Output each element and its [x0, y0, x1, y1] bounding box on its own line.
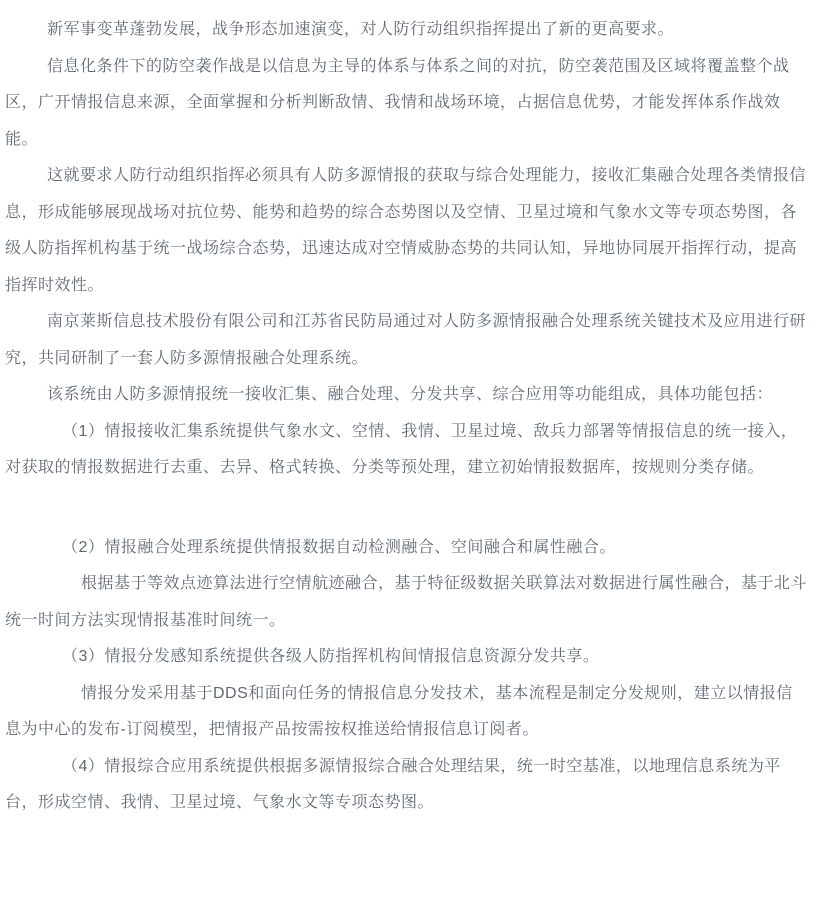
paragraph-item-2: （2）情报融合处理系统提供情报数据自动检测融合、空间融合和属性融合。: [5, 530, 807, 567]
paragraph-item-3: （3）情报分发感知系统提供各级人防指挥机构间情报信息资源分发共享。: [5, 639, 807, 676]
paragraph-2: 信息化条件下的防空袭作战是以信息为主导的体系与体系之间的对抗，防空袭范围及区域将…: [5, 49, 807, 159]
paragraph-item-2-detail: 根据基于等效点迹算法进行空情航迹融合，基于特征级数据关联算法对数据进行属性融合，…: [5, 566, 807, 639]
article-body: 新军事变革蓬勃发展，战争形态加速演变，对人防行动组织指挥提出了新的更高要求。 信…: [0, 0, 823, 842]
paragraph-5: 该系统由人防多源情报统一接收汇集、融合处理、分发共享、综合应用等功能组成，具体功…: [5, 377, 807, 414]
paragraph-1: 新军事变革蓬勃发展，战争形态加速演变，对人防行动组织指挥提出了新的更高要求。: [5, 12, 807, 49]
paragraph-item-1: （1）情报接收汇集系统提供气象水文、空情、我情、卫星过境、敌兵力部署等情报信息的…: [5, 414, 807, 487]
paragraph-item-4: （4）情报综合应用系统提供根据多源情报综合融合处理结果，统一时空基准，以地理信息…: [5, 749, 807, 822]
paragraph-item-3-detail: 情报分发采用基于DDS和面向任务的情报信息分发技术，基本流程是制定分发规则，建立…: [5, 676, 807, 749]
paragraph-4: 南京莱斯信息技术股份有限公司和江苏省民防局通过对人防多源情报融合处理系统关键技术…: [5, 304, 807, 377]
paragraph-3: 这就要求人防行动组织指挥必须具有人防多源情报的获取与综合处理能力，接收汇集融合处…: [5, 158, 807, 304]
